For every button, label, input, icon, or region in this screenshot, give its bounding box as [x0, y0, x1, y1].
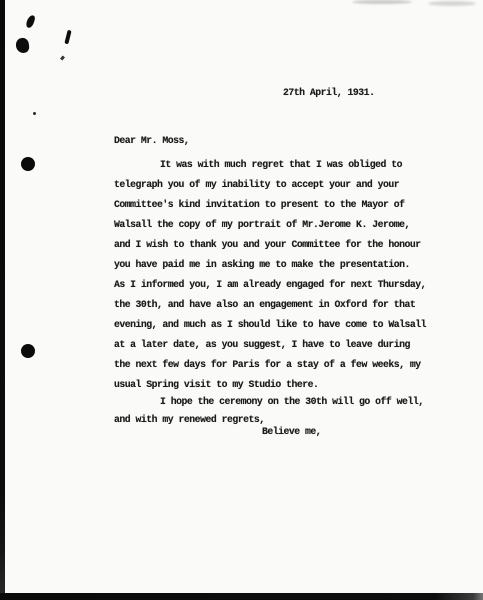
letter-line: Committee's kind invitation to present t… — [114, 195, 444, 215]
letter-line: usual Spring visit to my Studio there. — [114, 375, 444, 395]
scan-smudge — [428, 1, 476, 6]
letter-line: evening, and much as I should like to ha… — [114, 315, 444, 335]
scan-smudge — [352, 0, 412, 4]
letter-closing-believe-line: Believe me, — [262, 426, 321, 437]
letter-salutation: Dear Mr. Moss, — [114, 135, 189, 146]
scan-edge-bar-bottom — [0, 593, 483, 600]
letter-line: Walsall the copy of my portrait of Mr.Je… — [114, 215, 444, 235]
letter-line: the 30th, and have also an engagement in… — [114, 295, 444, 315]
punch-hole — [21, 157, 35, 171]
letter-line: you have paid me in asking me to make th… — [114, 255, 444, 275]
letter-closing-hope-line: I hope the ceremony on the 30th will go … — [160, 396, 424, 407]
ink-blot — [15, 37, 30, 54]
ink-mark — [25, 14, 36, 29]
letter-body: It was with much regret that I was oblig… — [114, 155, 444, 395]
scan-edge-bar-left — [0, 0, 5, 600]
letter-date: 27th April, 1931. — [283, 87, 374, 98]
scanned-letter-page: 27th April, 1931. Dear Mr. Moss, It was … — [0, 0, 483, 600]
letter-line: As I informed you, I am already engaged … — [114, 275, 444, 295]
letter-line: and I wish to thank you and your Committ… — [114, 235, 444, 255]
letter-closing-regrets-line: and with my renewed regrets, — [114, 414, 265, 425]
letter-line: telegraph you of my inability to accept … — [114, 175, 444, 195]
letter-line: It was with much regret that I was oblig… — [114, 155, 444, 175]
punch-hole — [21, 344, 35, 358]
ink-speck — [33, 112, 36, 115]
letter-line: at a later date, as you suggest, I have … — [114, 335, 444, 355]
letter-line: the next few days for Paris for a stay o… — [114, 355, 444, 375]
ink-speck — [60, 56, 65, 61]
ink-mark — [64, 30, 71, 44]
